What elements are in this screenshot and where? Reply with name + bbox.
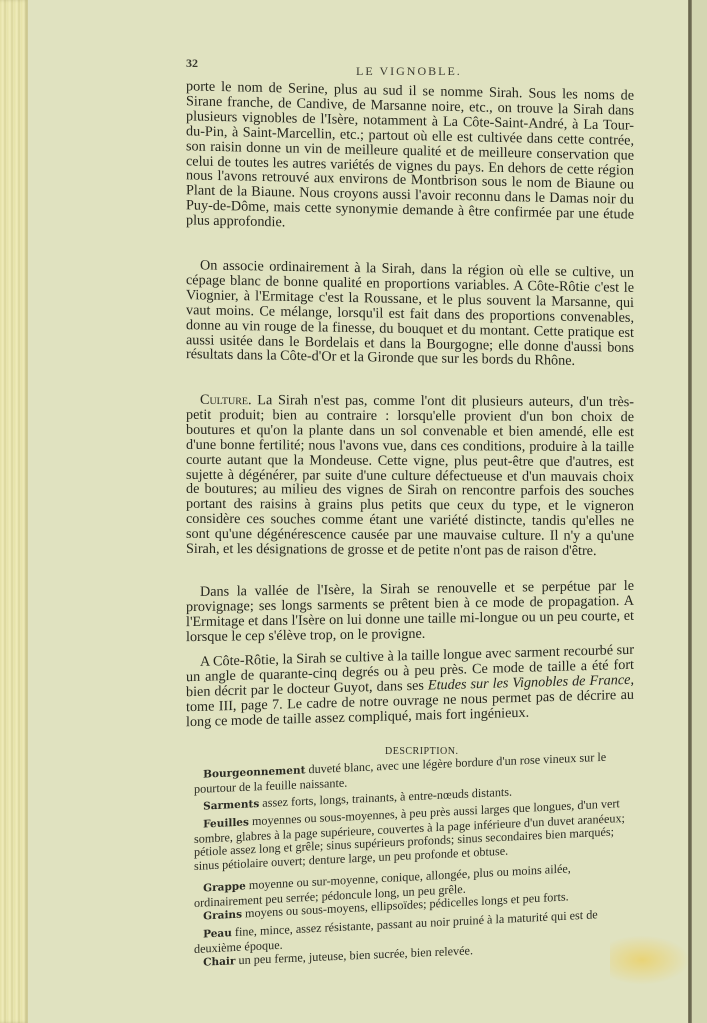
description-term: Grains	[203, 908, 242, 922]
paragraph-text: La Sirah n'est pas, comme l'ont dit plus…	[186, 392, 634, 559]
paragraph-synonyms: porte le nom de Serine, plus au sud il s…	[186, 79, 634, 237]
paragraph-text: porte le nom de Serine, plus au sud il s…	[186, 78, 634, 230]
paragraph-text: On associe ordinairement à la Sirah, dan…	[186, 257, 634, 369]
description-term: Peau	[203, 927, 232, 940]
paragraph-cote-rotie: A Côte-Rôtie, la Sirah se cultive à la t…	[186, 643, 634, 730]
description-term: Sarments	[203, 798, 259, 813]
description-term: Chair	[203, 955, 235, 968]
paragraph-association: On associe ordinairement à la Sirah, dan…	[186, 258, 634, 370]
running-head: LE VIGNOBLE.	[356, 64, 462, 79]
facing-page-sliver	[692, 0, 707, 1023]
section-lead-culture: Culture.	[200, 392, 252, 408]
paragraph-culture: Culture. La Sirah n'est pas, comme l'ont…	[186, 393, 634, 559]
book-binding	[0, 0, 28, 1023]
page-number: 32	[186, 56, 198, 71]
paragraph-text: Dans la vallée de l'Isère, la Sirah se r…	[186, 578, 634, 645]
paragraph-isere: Dans la vallée de l'Isère, la Sirah se r…	[186, 579, 634, 645]
